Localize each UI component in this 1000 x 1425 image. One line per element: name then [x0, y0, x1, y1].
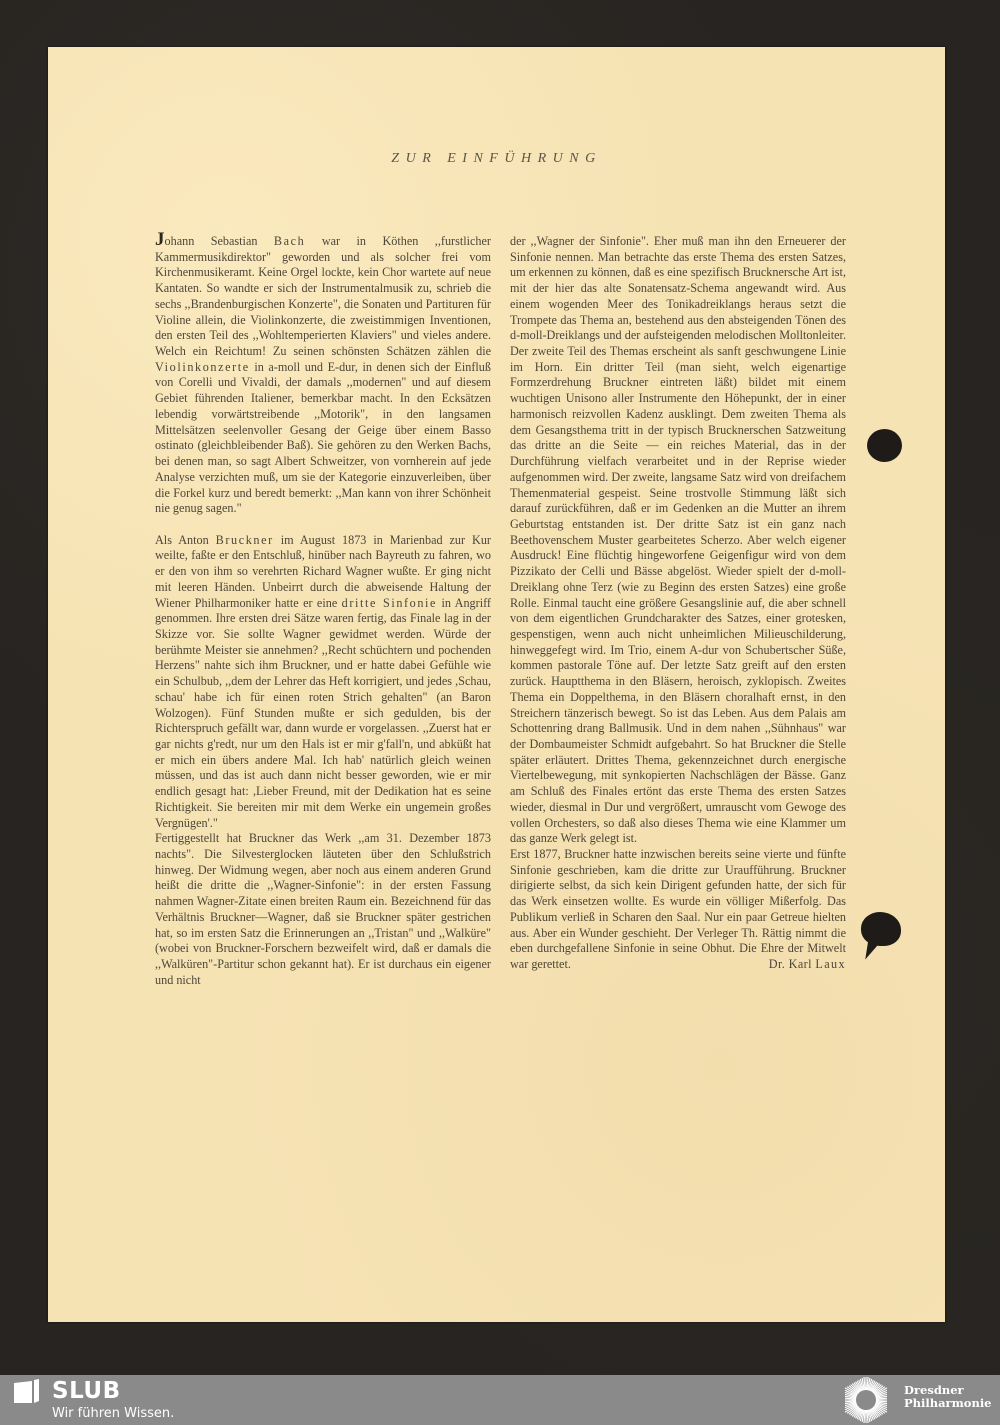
philharmonie-name[interactable]: Dresdner Philharmonie — [904, 1384, 992, 1410]
text-run: ohann Sebastian — [165, 234, 274, 248]
signature-prefix: Dr. Karl — [769, 957, 816, 971]
author-signature: Dr. Karl Laux — [769, 957, 846, 973]
book-icon[interactable] — [12, 1379, 42, 1405]
text-run: in Angriff genommen. Ihre ersten drei Sä… — [155, 596, 491, 830]
document-page: ZUR EINFÜHRUNG Johann Sebastian Bach war… — [48, 47, 945, 1322]
slub-name[interactable]: SLUB — [52, 1378, 121, 1404]
composer-name: Bruckner — [216, 533, 274, 547]
punch-hole — [867, 429, 902, 462]
paragraph-analysis: der ,,Wagner der Sinfonie". Eher muß man… — [510, 234, 846, 847]
philharmonie-line-2: Philharmonie — [904, 1397, 992, 1410]
paragraph-bruckner-intro: Als Anton Bruckner im August 1873 in Mar… — [155, 533, 491, 832]
drop-cap: J — [155, 229, 165, 250]
footer-bar: SLUB Wir führen Wissen. Dresdner Philhar… — [0, 1375, 1000, 1425]
paragraph-premiere: Erst 1877, Bruckner hatte inzwischen ber… — [510, 847, 846, 973]
text-run: Als Anton — [155, 533, 216, 547]
work-title: Violinkonzerte — [155, 360, 250, 374]
left-column: Johann Sebastian Bach war in Köthen ,,fu… — [155, 234, 491, 988]
right-column: der ,,Wagner der Sinfonie". Eher muß man… — [510, 234, 846, 973]
text-run: Erst 1877, Bruckner hatte inzwischen ber… — [510, 847, 846, 971]
slub-tagline: Wir führen Wissen. — [52, 1406, 174, 1421]
paragraph-wagner-sinfonie: Fertiggestellt hat Bruckner das Werk ,,a… — [155, 831, 491, 988]
text-run: in a-moll und E-dur, in denen sich der E… — [155, 360, 491, 515]
paragraph-bach: Johann Sebastian Bach war in Köthen ,,fu… — [155, 234, 491, 517]
sunburst-icon[interactable] — [842, 1377, 890, 1423]
composer-name: Bach — [274, 234, 305, 248]
signature-name: Laux — [815, 957, 846, 971]
text-run: war in Köthen ,,furstlicher Kammermusikd… — [155, 234, 491, 358]
work-title: dritte Sinfonie — [342, 596, 437, 610]
page-title: ZUR EINFÜHRUNG — [48, 151, 945, 167]
